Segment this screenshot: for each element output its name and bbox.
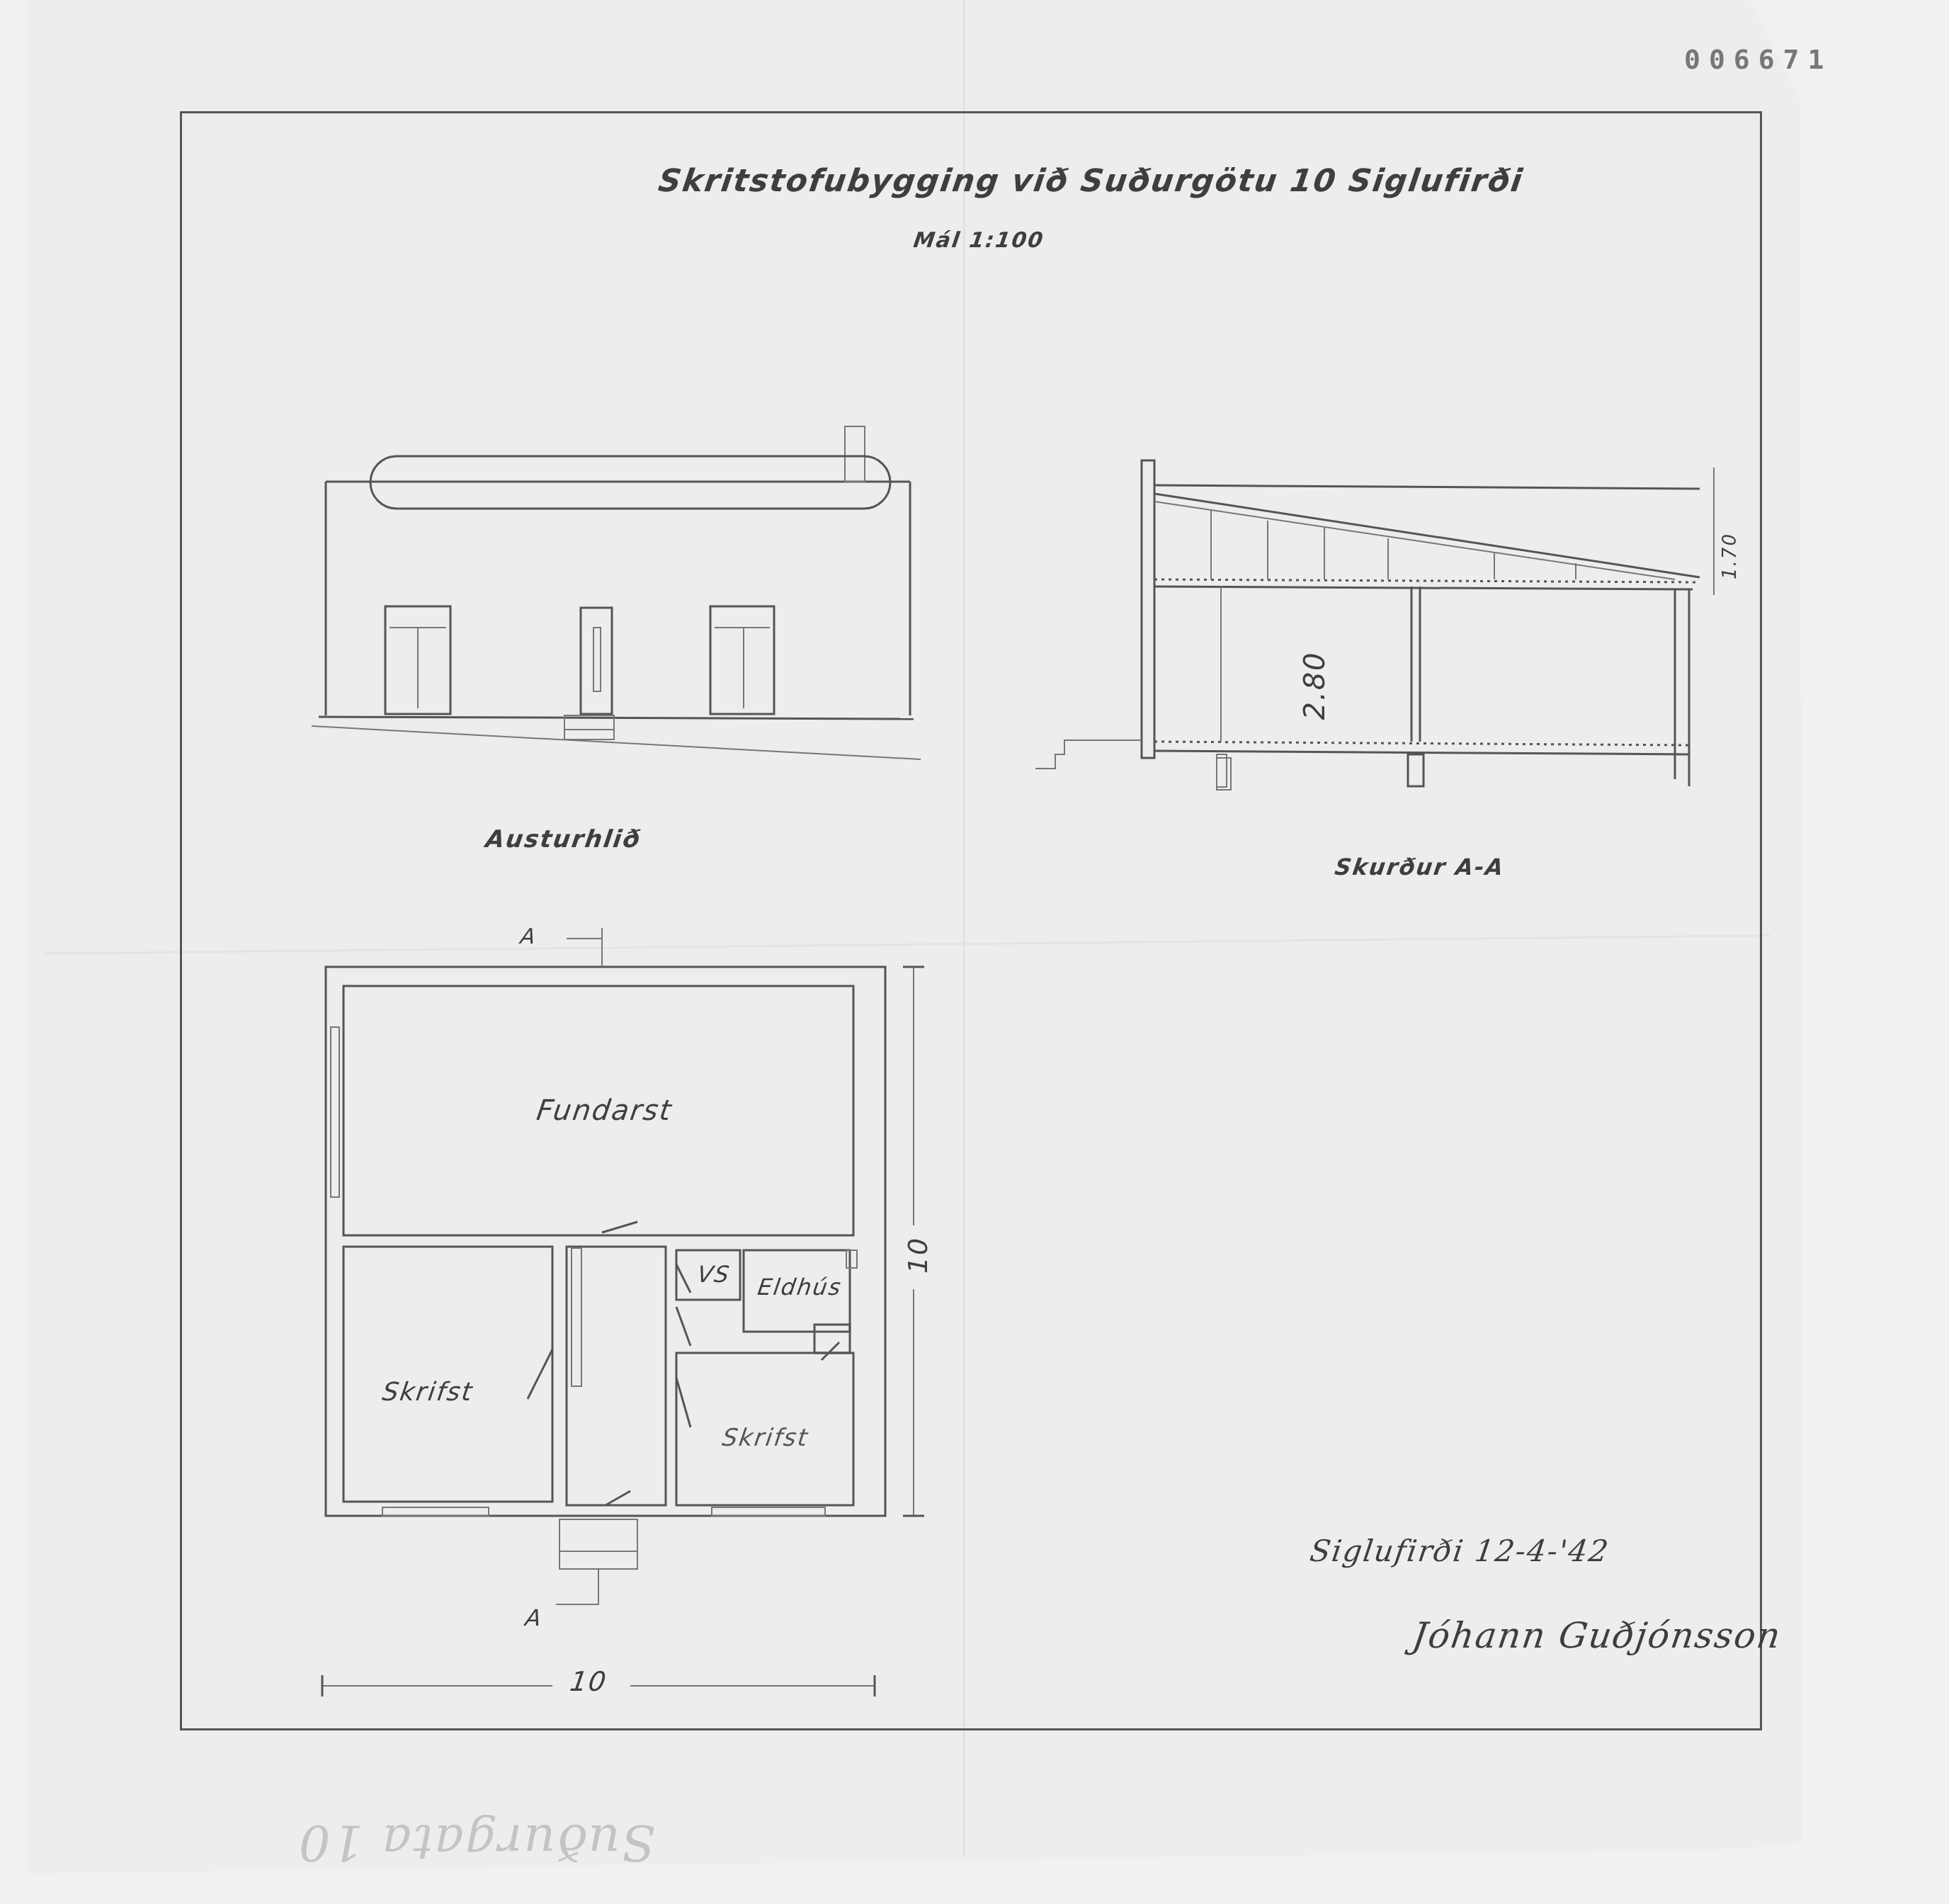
floor-plan-drawing: [322, 928, 924, 1696]
section-height-dimension: 2.80: [1299, 651, 1331, 720]
faint-pencil-margin-note: Suðurgata 10: [297, 1813, 655, 1871]
signature-place-date: Siglufirði 12-4-'42: [1308, 1534, 1612, 1568]
room-label-wc: VS: [695, 1261, 732, 1288]
section-marker-top: A: [519, 924, 538, 949]
signature-name: Jóhann Guðjónsson: [1410, 1615, 1784, 1656]
room-label-meeting-room: Fundarst: [535, 1094, 674, 1127]
plan-width-dimension: 10: [568, 1666, 610, 1697]
elevation-label: Austurhlið: [484, 825, 642, 854]
plan-depth-dimension: 10: [902, 1237, 933, 1274]
east-elevation-drawing: [312, 426, 921, 759]
roof-rise-dimension: 1.70: [1720, 533, 1741, 579]
room-label-office-left: Skrifst: [380, 1378, 475, 1407]
section-label: Skurður A-A: [1333, 854, 1506, 880]
section-a-a-drawing: [1035, 460, 1714, 790]
room-label-office-right: Skrifst: [720, 1424, 810, 1452]
room-label-kitchen: Eldhús: [756, 1274, 843, 1300]
